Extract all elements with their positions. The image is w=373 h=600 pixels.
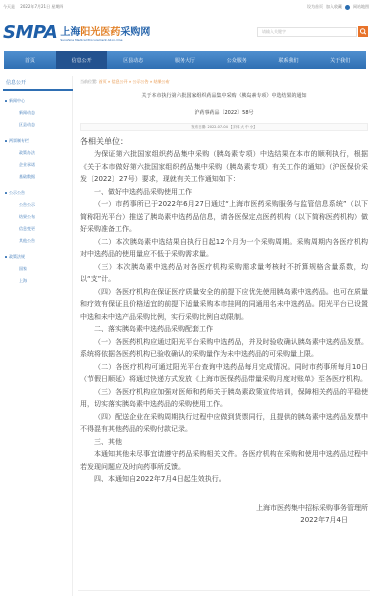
sidebar-group-two-invoice: 两票制专栏 政策办法 企业承诺 基础数据 [3,135,72,183]
nav-contact-us[interactable]: 联系我们 [263,51,315,69]
paragraph: （一）各医药机构应通过阳光平台采购中选药品，并及时验收确认胰岛素中选药品发票。系… [80,336,368,361]
sidebar: 信息公开 新闻中心 新闻动态 区县动态 两票制专栏 政策办法 企业承诺 基础数据… [3,76,73,596]
search-input[interactable]: 请输入关键字 [257,27,357,37]
nav-service-hall[interactable]: 服务大厅 [159,51,211,69]
set-homepage-link[interactable]: 设为首页 [307,4,323,10]
divider [78,590,370,591]
add-favorite-link[interactable]: 加入收藏 [326,4,342,10]
top-bar: 今天是 2022年7月21日 星期四 设为首页 加入收藏 网站地图 [0,0,373,12]
sidebar-category-regulations[interactable]: 政策法规 [3,251,72,263]
nav-district-news[interactable]: 区县动态 [107,51,159,69]
logo-en-name: Sunshine Medical Procurement All-in-One [60,38,150,42]
today-label: 今天是 [3,4,15,9]
sidebar-group-announcements: 公示公告 公告公示 结果公布 信息变更 其他公告 [3,187,72,247]
current-date: 2022年7月21日 星期四 [20,4,63,9]
main-nav: 首页 信息公开 区县动态 服务大厅 公众服务 联系我们 关于我们 [4,51,366,69]
signature-org: 上海市医药集中招标采购事务管理所 [78,502,368,515]
sidebar-item-other-notices[interactable]: 其他公告 [3,235,72,247]
section-heading: 三、其他 [80,436,368,449]
top-links: 设为首页 加入收藏 网站地图 [307,4,369,10]
sidebar-item-info-changes[interactable]: 信息变更 [3,223,72,235]
salutation: 各相关单位： [80,135,368,148]
paragraph: （三）本次胰岛素中选药品对各医疗机构采购需求量考核时不折算规格含量系数，均以“支… [80,261,368,286]
globe-icon [345,5,350,10]
sidebar-category-news[interactable]: 新闻中心 [3,95,72,107]
sidebar-group-regulations: 政策法规 国家 上海 [3,251,72,287]
article-content: 当前位置: 首页 » 信息公开 » 公示公告 » 结果公布 关于本市执行第六批国… [78,76,370,596]
search-icon [358,26,368,37]
sidebar-item-district-news[interactable]: 区县动态 [3,119,72,131]
breadcrumb-label: 当前位置: [80,79,97,84]
article-meta: 发布日期: 2022-07-04 【字体 大 中 小】 [80,123,368,131]
section-heading: 二、落实胰岛素中选药品采购配套工作 [80,323,368,336]
sidebar-item-news-updates[interactable]: 新闻动态 [3,107,72,119]
date-info: 今天是 2022年7月21日 星期四 [3,4,67,10]
sidebar-category-two-invoice[interactable]: 两票制专栏 [3,135,72,147]
site-header: SMPA 上海阳光医药采购网 Sunshine Medical Procurem… [0,14,373,48]
signature-date: 2022年7月4日 [78,514,368,527]
logo-cn-name: 上海阳光医药采购网 [60,27,150,38]
paragraph: （二）各医疗机构可通过阳光平台查询中选药品每月完成情况。同时市药事所每月10日（… [80,361,368,386]
logo-abbr: SMPA [3,24,57,42]
paragraph: （四）各医疗机构在保证医疗质量安全的前提下应优先使用胰岛素中选药品。也可在质量和… [80,286,368,324]
document-number: 沪药事药品〔2022〕58号 [78,109,370,119]
nav-about-us[interactable]: 关于我们 [314,51,366,69]
nav-public-service[interactable]: 公众服务 [211,51,263,69]
paragraph: （三）各医疗机构应加强对医师和药师关于胰岛素政策宣传培训，保障相关药品的平稳使用… [80,386,368,411]
article-body: 各相关单位： 为保证第六批国家组织药品集中采购（胰岛素专项）中选结果在本市的顺利… [78,131,370,486]
logo-text: 上海阳光医药采购网 Sunshine Medical Procurement A… [60,27,150,42]
paragraph: （一）市药事所已于2022年6月27日通过“上海市医药采购服务与监管信息系统”（… [80,198,368,236]
logo-cn-part2: 阳光医药 [80,27,120,38]
sidebar-item-enterprise-commitment[interactable]: 企业承诺 [3,159,72,171]
paragraph: （二）本次胰岛素中选结果自执行日起12个月为一个采购周期。采购周期内各医疗机构对… [80,236,368,261]
sidebar-item-policies[interactable]: 政策办法 [3,147,72,159]
sidebar-item-results[interactable]: 结果公布 [3,211,72,223]
breadcrumb-path[interactable]: 首页 » 信息公开 » 公示公告 » 结果公布 [99,79,170,84]
logo-cn-part1: 上海 [60,27,80,38]
sitemap-link[interactable]: 网站地图 [353,4,369,10]
paragraph: （四）配送企业在采购周期执行过程中应做到货票同行，且提供的胰岛素中选药品发票中不… [80,411,368,436]
logo-cn-part3: 采购网 [120,27,150,38]
search-button[interactable] [358,26,368,37]
site-logo[interactable]: SMPA 上海阳光医药采购网 Sunshine Medical Procurem… [3,24,150,42]
sidebar-title: 信息公开 [3,76,73,91]
paragraph: 本通知其他未尽事宜请遵守药品采购相关文件。各医疗机构在采购和使用中选药品过程中若… [80,448,368,473]
sidebar-item-basic-data[interactable]: 基础数据 [3,171,72,183]
section-heading: 一、做好中选药品采购使用工作 [80,186,368,199]
sidebar-category-announcements[interactable]: 公示公告 [3,187,72,199]
breadcrumb: 当前位置: 首页 » 信息公开 » 公示公告 » 结果公布 [78,76,370,88]
sidebar-item-public-notices[interactable]: 公告公示 [3,199,72,211]
sidebar-group-news: 新闻中心 新闻动态 区县动态 [3,95,72,131]
paragraph: 四、本通知自2022年7月4日起生效执行。 [80,473,368,486]
sidebar-item-shanghai[interactable]: 上海 [3,275,72,287]
paragraph: 为保证第六批国家组织药品集中采购（胰岛素专项）中选结果在本市的顺利执行，根据《关… [80,148,368,186]
article-title: 关于本市执行第六批国家组织药品集中采购（胰岛素专项）中选结果的通知 [78,92,370,102]
sidebar-item-national[interactable]: 国家 [3,263,72,275]
nav-info-disclosure[interactable]: 信息公开 [56,51,108,69]
nav-home[interactable]: 首页 [4,51,56,69]
signature-block: 上海市医药集中招标采购事务管理所 2022年7月4日 [78,502,370,527]
